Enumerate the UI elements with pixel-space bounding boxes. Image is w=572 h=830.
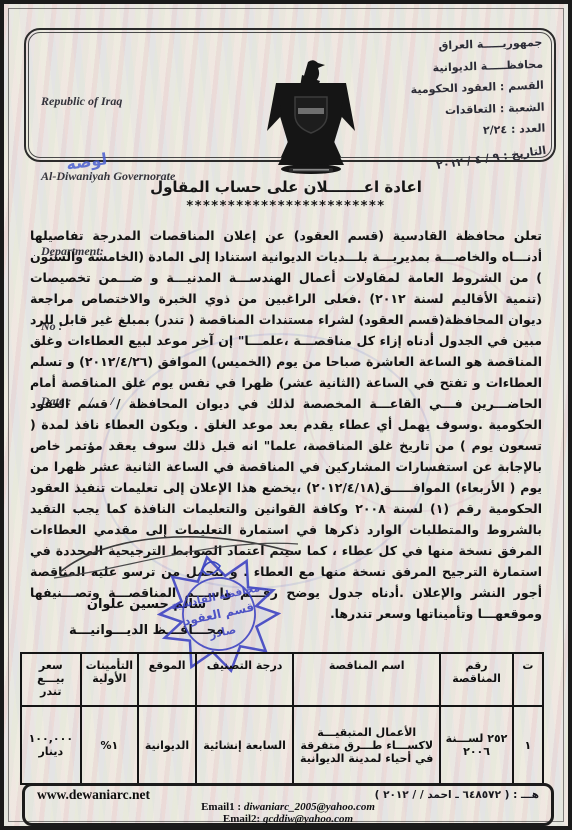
email2-address: gcddiw@yahoo.com (263, 813, 353, 825)
footer-contact-box: www.dewaniarc.net هـــ : ( ٦٤٨٥٧٢ ـ احمد… (22, 783, 554, 826)
table-header-row: ت رقم المناقصة اسم المناقصة درجة التصنيف… (21, 653, 543, 706)
banner-script (293, 169, 329, 171)
shield-band (298, 108, 324, 114)
col-header-location: الموقع (138, 653, 196, 706)
ref-number-ar: العدد : ٢/٢٤ (412, 118, 546, 144)
col-header-tender-price: سعر بيـــع تندر (21, 653, 81, 706)
email1-address: diwaniarc_2005@yahoo.com (244, 801, 375, 813)
document-title: اعادة اعـــــــلان على حساب المقاول (4, 178, 568, 196)
title-underline-stars: ************************ (4, 199, 568, 214)
cell-location: الديوانية (138, 706, 196, 784)
email1-label: Email1 : (201, 801, 244, 813)
col-header-tender-number: رقم المناقصة (440, 653, 513, 706)
cell-insurance: ١% (81, 706, 138, 784)
email1-line: Email1 : diwaniarc_2005@yahoo.com (25, 801, 551, 813)
announcement-body: تعلن محافظة القادسية (قسم العقود) عن إعل… (30, 225, 542, 525)
cell-tender-name: الأعمال المتبقيـــة لاكســـاء طـــرق متف… (293, 706, 440, 784)
email2-label: Email2: (223, 813, 263, 825)
email2-line: Email2: gcddiw@yahoo.com (25, 813, 551, 825)
table-row: ١ ٢٥٢ لســـنة ٢٠٠٦ الأعمال المتبقيـــة ل… (21, 706, 543, 784)
col-header-classification: درجة التصنيف (196, 653, 293, 706)
letterhead-box: Republic of Iraq Al-Diwaniyah Governorat… (24, 28, 556, 162)
country-name-en: Republic of Iraq (41, 89, 175, 114)
scanned-tender-announcement: Republic of Iraq Al-Diwaniyah Governorat… (0, 0, 572, 830)
cell-classification: السابعة إنشائية (196, 706, 293, 784)
tender-table: ت رقم المناقصة اسم المناقصة درجة التصنيف… (20, 652, 544, 785)
col-header-tender-name: اسم المناقصة (293, 653, 440, 706)
cell-tender-number: ٢٥٢ لســـنة ٢٠٠٦ (440, 706, 513, 784)
cell-seq: ١ (513, 706, 543, 784)
col-header-seq: ت (513, 653, 543, 706)
phone-line: هـــ : ( ٦٤٨٥٧٢ ـ احمد / / ٢٠١٢ ) (375, 789, 539, 801)
letterhead-arabic: جمهوريـــــة العراق محافظـــــة الديواني… (409, 32, 547, 166)
col-header-insurance: التأمينات الأولية (81, 653, 138, 706)
date-line-ar: التاريخ : ٩ / ٤ / ٢٠١٢ (412, 139, 547, 179)
iraq-eagle-emblem (264, 59, 358, 178)
cell-tender-price: ١٠٠,٠٠٠ دينار (21, 706, 81, 784)
